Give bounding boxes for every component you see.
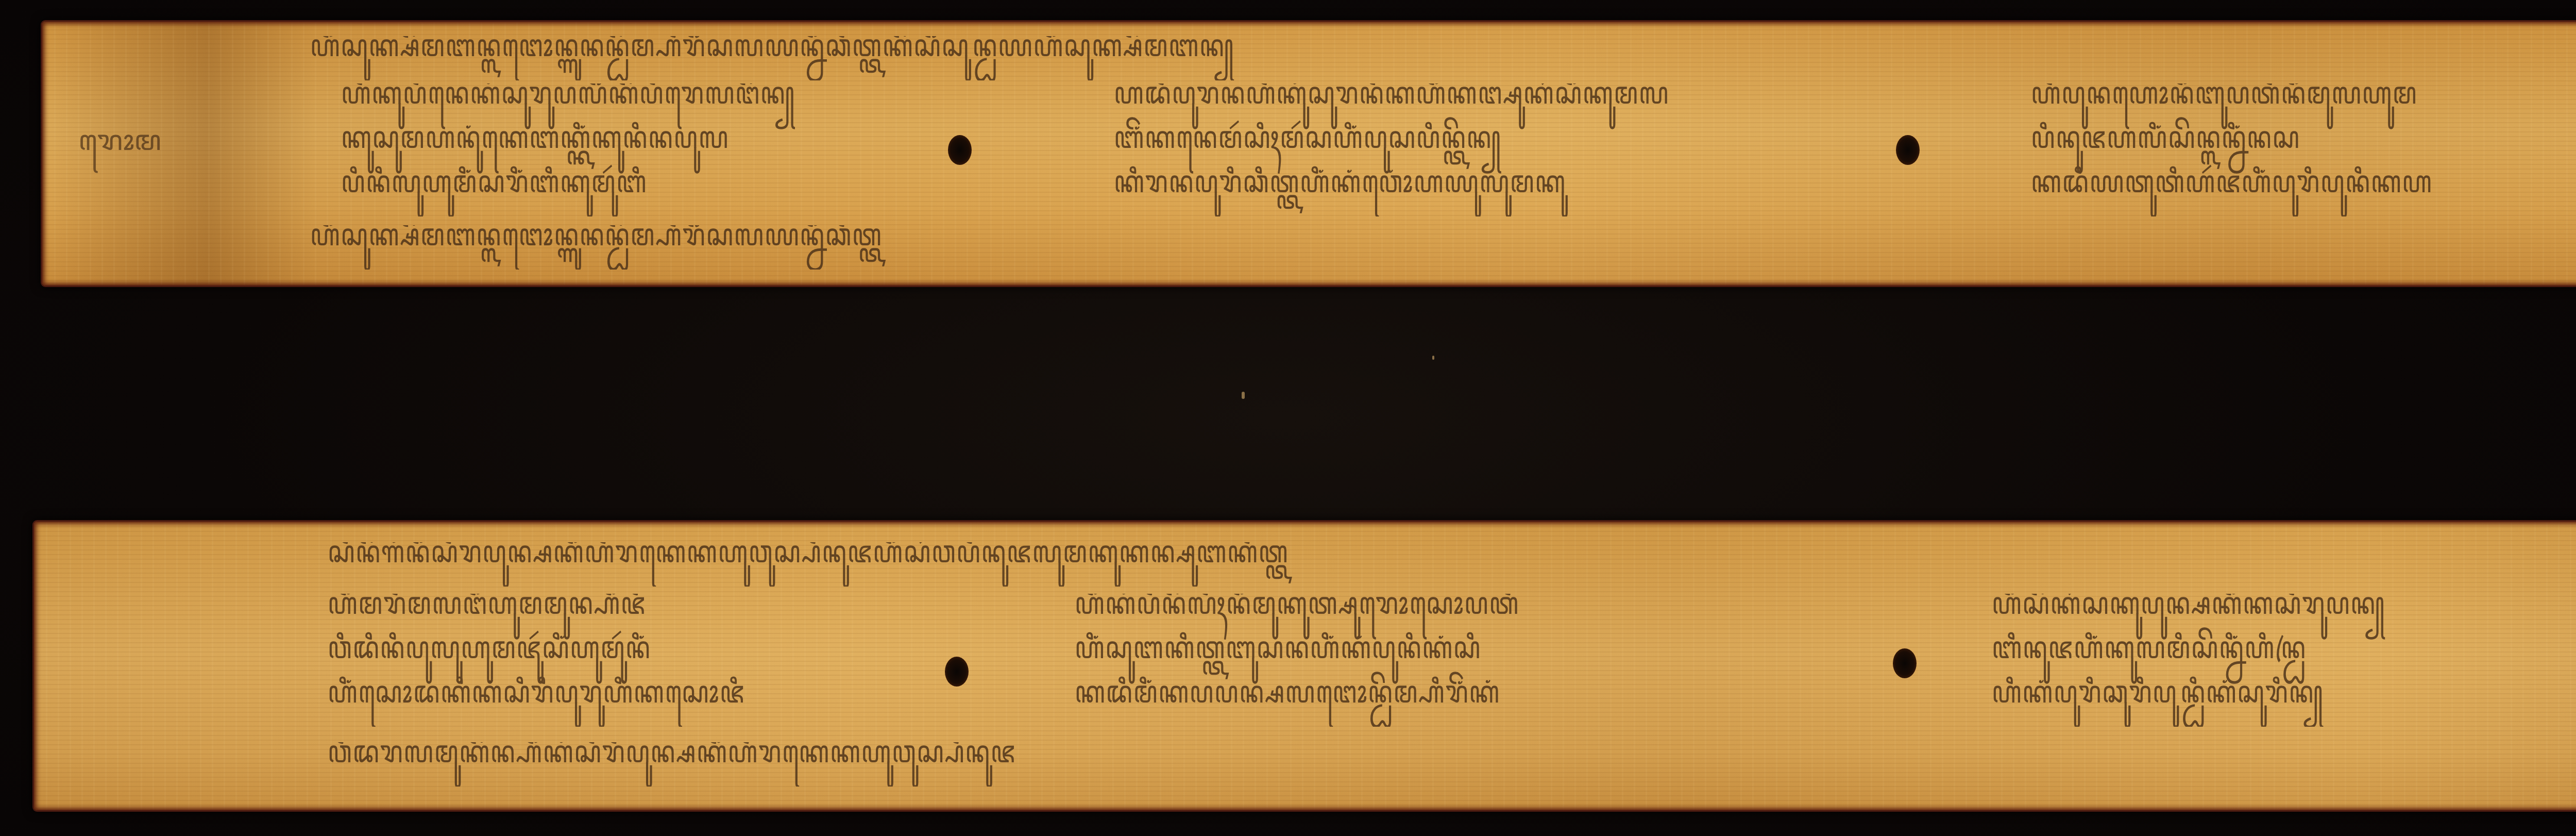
dust-speck xyxy=(1432,356,1434,360)
script-line: ꦱꦶꦤꦼꦒꦁꦤꦶꦁꦱꦶꦫꦥꦸꦤ꧀ꦱꦏꦶꦁꦲꦶꦫꦏꦺꦏꦲꦸꦮꦸꦱ꧀ꦥꦶꦤꦸꦗꦲꦶꦁ… xyxy=(328,542,2553,587)
palm-leaf-folio-top: ꦫꦺꦴꦩ ꦲꦶꦁꦱꦸꦏ꧀ꦱꦼꦩꦧꦤ꧀ꦭꦔꦺꦴꦤ꧀ꦒꦸꦤꦤ꧀ꦝꦼꦩ꧀ꦲꦶꦫꦼꦁꦱꦭ… xyxy=(42,22,2576,286)
text-line-full-5: ꦮꦶꦢꦫꦭꦩꦸꦏꦼꦤ꧀ꦲꦶꦁꦏꦁꦱꦶꦫꦶꦥꦸꦤ꧀ꦱꦏꦶꦁꦲꦶꦫꦏꦺꦏꦲꦸꦮꦸꦱ꧀… xyxy=(328,742,2576,787)
text-column-2: ꦲꦢꦶꦥꦸꦫꦤꦲꦶꦏꦸꦁꦱꦸꦫꦤꦶꦏꦲꦶꦁꦏꦔ꧀ꦱꦸꦏꦂꦱꦶꦁꦏꦸꦩꦭ ꦧꦼꦁꦏ… xyxy=(1114,83,1815,216)
text-line-full-1: ꦲꦶꦁꦱꦸꦏ꧀ꦱꦼꦩꦧꦤ꧀ꦭꦔꦺꦴꦤ꧀ꦒꦸꦤꦤ꧀ꦝꦼꦩ꧀ꦲꦶꦫꦼꦁꦱꦭꦪꦤ꧀ꦤꦶ… xyxy=(310,36,2576,80)
script-line: ꦏꦶꦫꦤꦥꦸꦫꦶꦕꦶꦠ꧀ꦠꦲꦶꦁꦏꦁꦮꦺꦴꦁꦲꦪꦸꦭꦸꦩꦏꦸ xyxy=(1114,166,1815,216)
text-column-3: ꦲꦶꦥꦸꦤꦲꦺꦴꦤꦶꦁꦧꦸꦥꦠꦶꦤꦶꦁꦩꦸꦭꦲꦸꦩ ꦥꦶꦤꦸꦗꦲꦭꦶꦁꦱꦼꦤ꧀ꦭ… xyxy=(2031,83,2546,216)
script-line: ꦏꦢꦶꦩꦶꦁꦏꦥꦥꦤ꧀ꦱꦭꦔꦺꦴꦤ꧀ꦝꦼꦩ꧀ꦲꦶꦫꦼꦁꦏꦁ xyxy=(1075,677,1796,727)
text-line-full-5: ꦲꦶꦁꦱꦸꦏ꧀ꦱꦼꦩꦧꦤ꧀ꦭꦔꦺꦴꦤ꧀ꦒꦸꦤꦤ꧀ꦝꦼꦩ꧀ꦲꦶꦫꦼꦁꦱꦭꦪꦤ꧀ꦤꦶ… xyxy=(310,225,2576,270)
script-line: ꦥꦶꦤꦶꦭꦸꦲꦸꦩꦶꦁꦱꦫꦶꦁꦧꦶꦏꦸꦩꦸꦂꦧꦶ xyxy=(341,166,887,216)
script-line: ꦮꦶꦢꦫꦭꦩꦸꦏꦼꦤ꧀ꦲꦶꦁꦏꦁꦱꦶꦫꦶꦥꦸꦤ꧀ꦱꦏꦶꦁꦲꦶꦫꦏꦺꦏꦲꦸꦮꦸꦱ꧀… xyxy=(328,742,2576,787)
text-column-3: ꦲꦶꦁꦱꦼꦏꦂꦱꦏꦸꦥꦸꦤ꧀ꦱꦏꦶꦁꦏꦱꦶꦫꦸꦥꦤ꧀ ꦧꦶꦤꦸꦗꦲꦶꦁꦏꦸꦭꦩꦶ… xyxy=(1992,594,2558,727)
string-hole-left xyxy=(948,135,972,165)
palm-leaf-folio-bottom: ꦱꦶꦤꦼꦒꦁꦤꦶꦁꦱꦶꦫꦥꦸꦤ꧀ꦱꦏꦶꦁꦲꦶꦫꦏꦺꦏꦲꦸꦮꦸꦱ꧀ꦥꦶꦤꦸꦗꦲꦶꦁ… xyxy=(34,522,2576,810)
text-column-2: ꦲꦶꦁꦏꦁꦥꦶꦤꦼꦭꦶꦃꦤꦶꦁꦩꦸꦏꦸꦠ꧀ꦱꦸꦫꦺꦴꦱꦺꦴꦥꦠꦶ ꦲꦶꦁꦱꦸꦧꦏ… xyxy=(1075,594,1796,727)
script-line: ꦲꦶꦏꦁꦥꦸꦫꦶꦕꦸꦫꦶꦥꦸꦤ꧀ꦝꦶꦏꦁꦱꦸꦫꦶꦤ꧀ xyxy=(1992,677,2558,727)
margin-note: ꦫꦺꦴꦩ xyxy=(78,120,161,176)
text-line-full-1: ꦱꦶꦤꦼꦒꦁꦤꦶꦁꦱꦶꦫꦥꦸꦤ꧀ꦱꦏꦶꦁꦲꦶꦫꦏꦺꦏꦲꦸꦮꦸꦱ꧀ꦥꦶꦤꦸꦗꦲꦶꦁ… xyxy=(328,542,2553,587)
script-line: ꦏꦢꦶꦪꦠꦸꦠꦶꦲꦂꦗꦲꦶꦁꦥꦸꦫꦶꦥꦸꦤꦶꦏꦲ xyxy=(2031,166,2546,216)
script-line: ꦲꦶꦁꦱꦺꦴꦢꦏꦶꦏꦁꦱꦶꦫꦶꦥꦸꦫꦸꦲꦶꦁꦏꦱꦺꦴꦗꦶ xyxy=(328,677,874,727)
string-hole-right xyxy=(1896,135,1920,165)
string-hole-right xyxy=(1893,648,1917,678)
text-column-1: ꦲꦶꦁꦩꦫꦶꦩꦭꦔꦶꦁꦲꦸꦩꦩꦸꦤ꧀ꦲꦶꦁꦗꦶ ꦮꦶꦢꦶꦤꦶꦥꦸꦭꦸꦲꦸꦩꦗꦸꦂ… xyxy=(328,594,874,727)
text-column-1: ꦲꦶꦏꦸꦥꦶꦤꦺꦏꦁꦱꦸꦫꦸꦥꦭꦼꦁꦏꦼꦥꦶꦫꦺꦭꦔꦼꦤ꧀ ꦏꦸꦱꦸꦩꦲꦤꦸꦁꦏ… xyxy=(341,83,887,216)
script-line: ꦲꦶꦁꦱꦸꦏ꧀ꦱꦼꦩꦧꦤ꧀ꦭꦔꦺꦴꦤ꧀ꦒꦸꦤꦤ꧀ꦝꦼꦩ꧀ꦲꦶꦫꦼꦁꦱꦭꦪꦤ꧀ꦤꦶ… xyxy=(310,225,2576,270)
script-line: ꦲꦶꦁꦱꦸꦏ꧀ꦱꦼꦩꦧꦤ꧀ꦭꦔꦺꦴꦤ꧀ꦒꦸꦤꦤ꧀ꦝꦼꦩ꧀ꦲꦶꦫꦼꦁꦱꦭꦪꦤ꧀ꦤꦶ… xyxy=(310,36,2576,80)
dust-speck xyxy=(1242,392,1245,399)
string-hole-left xyxy=(945,657,969,687)
